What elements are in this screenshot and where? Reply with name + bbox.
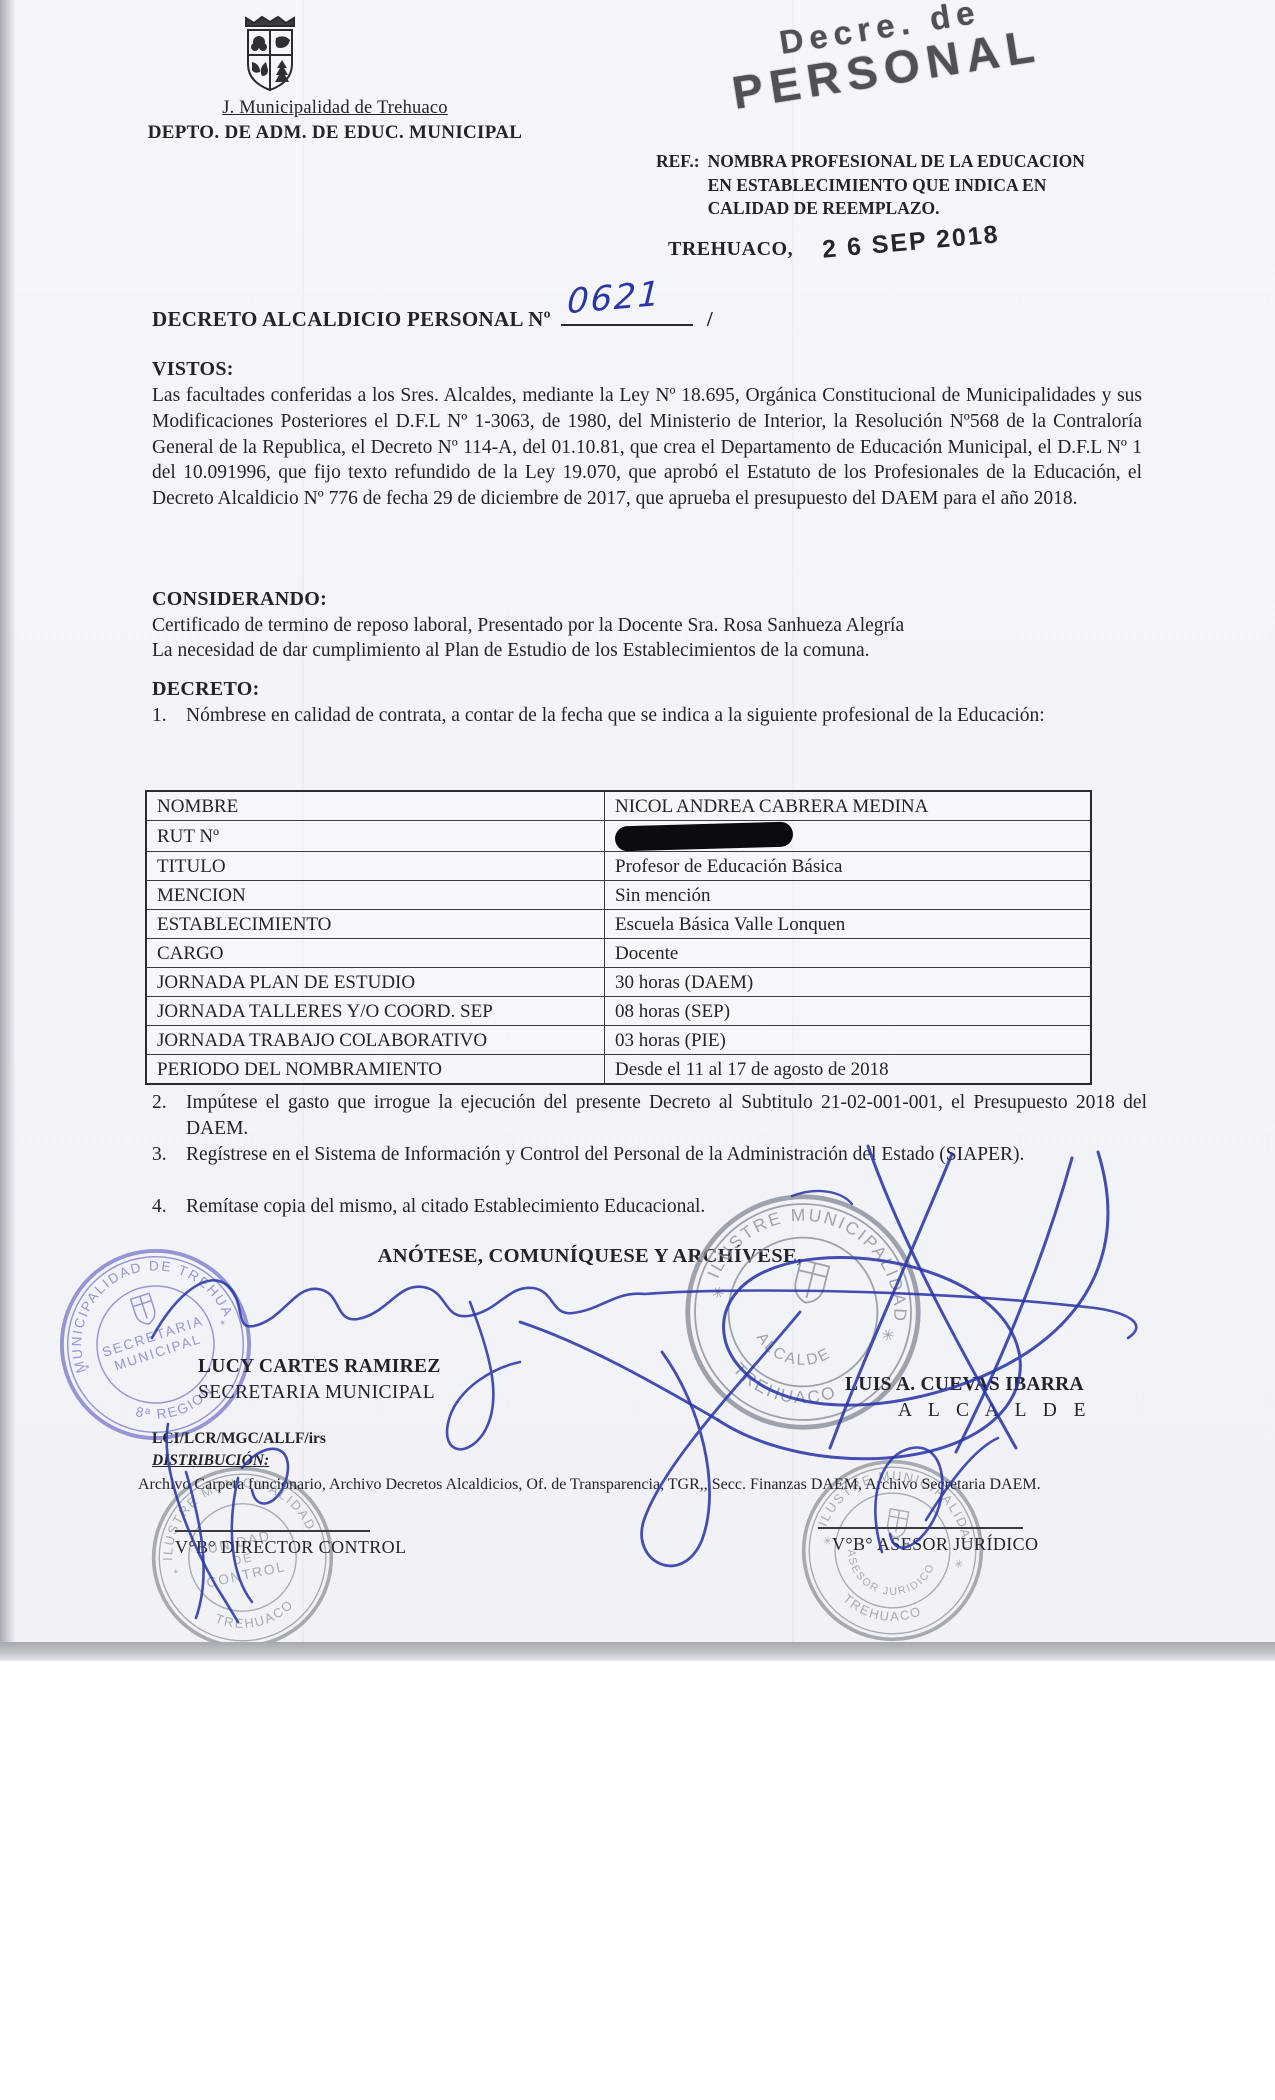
- row-label: JORNADA TRABAJO COLABORATIVO: [146, 1026, 605, 1055]
- row-label: JORNADA TALLERES Y/O COORD. SEP: [146, 997, 605, 1026]
- svg-text:*: *: [84, 1361, 94, 1375]
- table-row: PERIODO DEL NOMBRAMIENTO Desde el 11 al …: [146, 1055, 1091, 1085]
- scan-edge-band: [0, 1642, 1275, 1661]
- reference-lines: NOMBRA PROFESIONAL DE LA EDUCACION EN ES…: [708, 150, 1085, 221]
- municipal-coat-of-arms-logo: [238, 12, 302, 100]
- secretaria-signature-descender: [447, 1302, 520, 1449]
- item-text: Remítase copia del mismo, al citado Esta…: [186, 1194, 1147, 1220]
- item-text: Nómbrese en calidad de contrata, a conta…: [186, 703, 1147, 729]
- personal-ink-stamp: Decre. de PERSONAL: [723, 0, 1045, 120]
- responsibility-initials: LCI/LCR/MGC/ALLF/irs: [152, 1430, 326, 1448]
- svg-text:*: *: [173, 1567, 182, 1580]
- vb-signature-line: [818, 1527, 1023, 1529]
- row-label: MENCION: [146, 881, 605, 910]
- row-value: Escuela Básica Valle Lonquen: [605, 910, 1092, 939]
- svg-text:TREHUACO: TREHUACO: [725, 1356, 844, 1418]
- alcalde-name: LUIS A. CUEVAS IBARRA: [845, 1374, 1084, 1396]
- svg-text:CONTROL: CONTROL: [205, 1558, 287, 1590]
- table-row: MENCION Sin mención: [146, 881, 1091, 910]
- row-label: PERIODO DEL NOMBRAMIENTO: [146, 1055, 605, 1085]
- row-value: Profesor de Educación Básica: [605, 852, 1092, 881]
- secretaria-signature: [152, 1280, 1136, 1338]
- decreto-item-3: 3. Regístrese en el Sistema de Informaci…: [152, 1142, 1147, 1168]
- table-row: CARGO Docente: [146, 939, 1091, 968]
- date-stamp: 2 6 SEP 2018: [821, 220, 1001, 264]
- header-org-block: J. Municipalidad de Trehuaco DEPTO. DE A…: [120, 98, 550, 144]
- item-number: 3.: [152, 1142, 186, 1168]
- reference-block: REF.: NOMBRA PROFESIONAL DE LA EDUCACION…: [656, 150, 1085, 221]
- svg-text:✳: ✳: [879, 1326, 898, 1346]
- handwritten-decree-number: 0621: [566, 274, 662, 323]
- closing-formula: ANÓTESE, COMUNÍQUESE Y ARCHÍVESE,: [300, 1245, 880, 1268]
- svg-text:MUNICIPAL: MUNICIPAL: [113, 1331, 204, 1373]
- decree-number-line: DECRETO ALCALDICIO PERSONAL Nº 0621 /: [152, 300, 713, 332]
- row-value: [605, 821, 1092, 852]
- decreto-heading: DECRETO:: [152, 678, 260, 701]
- municipality-name: J. Municipalidad de Trehuaco: [120, 98, 550, 119]
- row-value: Desde el 11 al 17 de agosto de 2018: [605, 1055, 1092, 1085]
- row-value: 30 horas (DAEM): [605, 968, 1092, 997]
- vistos-heading: VISTOS:: [152, 358, 234, 381]
- place-label: TREHUACO,: [668, 238, 793, 261]
- alcalde-title: A L C A L D E: [898, 1400, 1092, 1422]
- reference-line: NOMBRA PROFESIONAL DE LA EDUCACION: [708, 150, 1085, 174]
- decree-number-slot: 0621: [561, 300, 693, 326]
- row-value: Docente: [605, 939, 1092, 968]
- scanned-paper: J. Municipalidad de Trehuaco DEPTO. DE A…: [0, 0, 1275, 1642]
- alcalde-signature-sweep: [520, 1322, 718, 1420]
- decreto-item-4: 4. Remítase copia del mismo, al citado E…: [152, 1194, 1147, 1220]
- table-row: NOMBRE NICOL ANDREA CABRERA MEDINA: [146, 791, 1091, 821]
- svg-text:✳: ✳: [709, 1284, 728, 1304]
- item-number: 4.: [152, 1194, 186, 1220]
- item-number: 1.: [152, 703, 186, 729]
- table-row: JORNADA TRABAJO COLABORATIVO 03 horas (P…: [146, 1026, 1091, 1055]
- item-text: Impútese el gasto que irrogue la ejecuci…: [186, 1090, 1147, 1141]
- decreto-item-2: 2. Impútese el gasto que irrogue la ejec…: [152, 1090, 1147, 1141]
- decree-title: DECRETO ALCALDICIO PERSONAL Nº: [152, 307, 551, 332]
- appointment-table: NOMBRE NICOL ANDREA CABRERA MEDINA RUT N…: [145, 790, 1092, 1085]
- table-row: JORNADA TALLERES Y/O COORD. SEP 08 horas…: [146, 997, 1091, 1026]
- distribution-label: DISTRIBUCIÓN:: [152, 1452, 269, 1470]
- scan-edge-shadow: [0, 0, 16, 1642]
- reference-line: CALIDAD DE REEMPLAZO.: [708, 197, 1085, 221]
- svg-text:TREHUACO: TREHUACO: [211, 1595, 300, 1639]
- svg-text:SECRETARIA: SECRETARIA: [100, 1313, 205, 1360]
- decree-number-suffix: /: [707, 307, 713, 332]
- considerando-line: Certificado de termino de reposo laboral…: [152, 613, 904, 638]
- secretaria-title: SECRETARIA MUNICIPAL: [198, 1382, 435, 1404]
- svg-text:*: *: [219, 1317, 229, 1331]
- svg-text:✳: ✳: [953, 1558, 966, 1572]
- table-row: JORNADA PLAN DE ESTUDIO 30 horas (DAEM): [146, 968, 1091, 997]
- row-label: JORNADA PLAN DE ESTUDIO: [146, 968, 605, 997]
- redaction-bar: [615, 822, 794, 852]
- row-value: Sin mención: [605, 881, 1092, 910]
- vb-director-control: V°B° DIRECTOR CONTROL: [175, 1537, 406, 1558]
- table-row: RUT Nº: [146, 821, 1091, 852]
- department-name: DEPTO. DE ADM. DE EDUC. MUNICIPAL: [120, 122, 550, 144]
- table-row: TITULO Profesor de Educación Básica: [146, 852, 1091, 881]
- vb-signature-line: [175, 1530, 370, 1532]
- table-row: ESTABLECIMIENTO Escuela Básica Valle Lon…: [146, 910, 1091, 939]
- row-value: 03 horas (PIE): [605, 1026, 1092, 1055]
- row-label: NOMBRE: [146, 791, 605, 821]
- item-text: Regístrese en el Sistema de Información …: [186, 1142, 1147, 1168]
- row-label: RUT Nº: [146, 821, 605, 852]
- svg-text:TREHUACO: TREHUACO: [838, 1589, 927, 1630]
- secretaria-name: LUCY CARTES RAMIREZ: [198, 1356, 441, 1378]
- considerando-line: La necesidad de dar cumplimiento al Plan…: [152, 638, 870, 663]
- stamp-shield-icon: [131, 1293, 159, 1327]
- row-label: CARGO: [146, 939, 605, 968]
- row-value: NICOL ANDREA CABRERA MEDINA: [605, 791, 1092, 821]
- row-label: ESTABLECIMIENTO: [146, 910, 605, 939]
- row-label: TITULO: [146, 852, 605, 881]
- reference-line: EN ESTABLECIMIENTO QUE INDICA EN: [708, 174, 1085, 198]
- item-number: 2.: [152, 1090, 186, 1141]
- vistos-paragraph: Las facultades conferidas a los Sres. Al…: [152, 383, 1142, 512]
- row-value: 08 horas (SEP): [605, 997, 1092, 1026]
- decreto-item-1: 1. Nómbrese en calidad de contrata, a co…: [152, 703, 1147, 729]
- vb-asesor-juridico: V°B° ASESOR JURÍDICO: [832, 1534, 1038, 1555]
- considerando-heading: CONSIDERANDO:: [152, 588, 327, 611]
- document-page: J. Municipalidad de Trehuaco DEPTO. DE A…: [0, 0, 1275, 2100]
- alcalde-signature-tail-loop: [642, 1312, 800, 1566]
- svg-text:ASESOR JURIDICO: ASESOR JURIDICO: [838, 1547, 938, 1606]
- distribution-list: Archivo Carpeta funcionario, Archivo Dec…: [138, 1476, 1041, 1494]
- reference-label: REF.:: [656, 150, 700, 221]
